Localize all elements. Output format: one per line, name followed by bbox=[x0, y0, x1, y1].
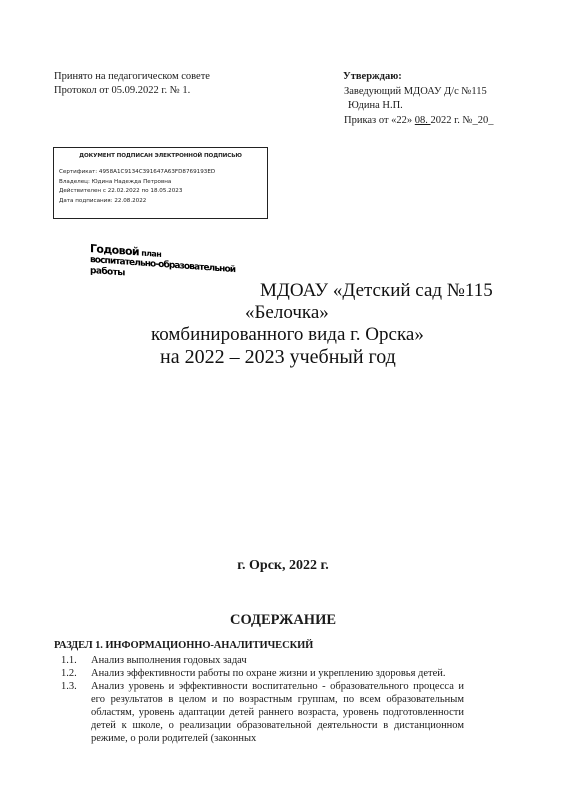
order-prefix: Приказ от «22» bbox=[344, 115, 415, 126]
council-approval-line: Принято на педагогическом совете bbox=[54, 70, 210, 84]
head-position: Заведующий МДОАУ Д/с №115 bbox=[343, 85, 494, 100]
institution-title-line2: «Белочка» bbox=[245, 302, 329, 324]
electronic-signature-box: ДОКУМЕНТ ПОДПИСАН ЭЛЕКТРОННОЙ ПОДПИСЬЮ С… bbox=[53, 147, 268, 219]
toc-item: 1.3. Анализ уровень и эффективности восп… bbox=[54, 680, 464, 745]
toc-list: 1.1. Анализ выполнения годовых задач 1.2… bbox=[54, 654, 464, 745]
academic-year-title: на 2022 – 2023 учебный год bbox=[160, 346, 396, 368]
approval-block: Утверждаю: Заведующий МДОАУ Д/с №115 Юди… bbox=[343, 70, 494, 128]
toc-item-number: 1.1. bbox=[54, 654, 91, 667]
signature-certificate: Сертификат: 4958A1C9134C391647A63FD87691… bbox=[59, 168, 267, 178]
toc-section-1: РАЗДЕЛ 1. ИНФОРМАЦИОННО-АНАЛИТИЧЕСКИЙ bbox=[54, 640, 313, 651]
signature-validity: Действителен с 22.02.2022 по 18.05.2023 bbox=[59, 187, 267, 197]
city-year: г. Орск, 2022 г. bbox=[0, 558, 566, 574]
wordart-line1-small: план bbox=[139, 248, 161, 259]
toc-item-number: 1.3. bbox=[54, 680, 91, 745]
institution-title-line1: МДОАУ «Детский сад №115 bbox=[260, 280, 493, 302]
toc-heading: СОДЕРЖАНИЕ bbox=[0, 612, 566, 629]
signature-date: Дата подписания: 22.08.2022 bbox=[59, 197, 267, 207]
toc-item-text: Анализ выполнения годовых задач bbox=[91, 654, 464, 667]
annual-plan-wordart: Годовой план воспитательно-образовательн… bbox=[90, 243, 235, 287]
toc-item-text: Анализ эффективности работы по охране жи… bbox=[91, 667, 464, 680]
order-month: 08. bbox=[415, 115, 431, 126]
signature-title: ДОКУМЕНТ ПОДПИСАН ЭЛЕКТРОННОЙ ПОДПИСЬЮ bbox=[54, 153, 267, 159]
protocol-line: Протокол от 05.09.2022 г. № 1. bbox=[54, 84, 210, 98]
toc-item: 1.2. Анализ эффективности работы по охра… bbox=[54, 667, 464, 680]
order-line: Приказ от «22» 08. 2022 г. №_20_ bbox=[343, 114, 494, 129]
approve-label: Утверждаю: bbox=[343, 70, 494, 85]
toc-item-number: 1.2. bbox=[54, 667, 91, 680]
signature-owner: Владелец: Юдина Надежда Петровна bbox=[59, 178, 267, 188]
institution-title-line3: комбинированного вида г. Орска» bbox=[151, 324, 424, 346]
toc-item-text: Анализ уровень и эффективности воспитате… bbox=[91, 680, 464, 745]
toc-item: 1.1. Анализ выполнения годовых задач bbox=[54, 654, 464, 667]
council-approval-block: Принято на педагогическом совете Протоко… bbox=[54, 70, 210, 98]
head-name: Юдина Н.П. bbox=[343, 99, 494, 114]
order-suffix: 2022 г. №_20_ bbox=[431, 115, 494, 126]
